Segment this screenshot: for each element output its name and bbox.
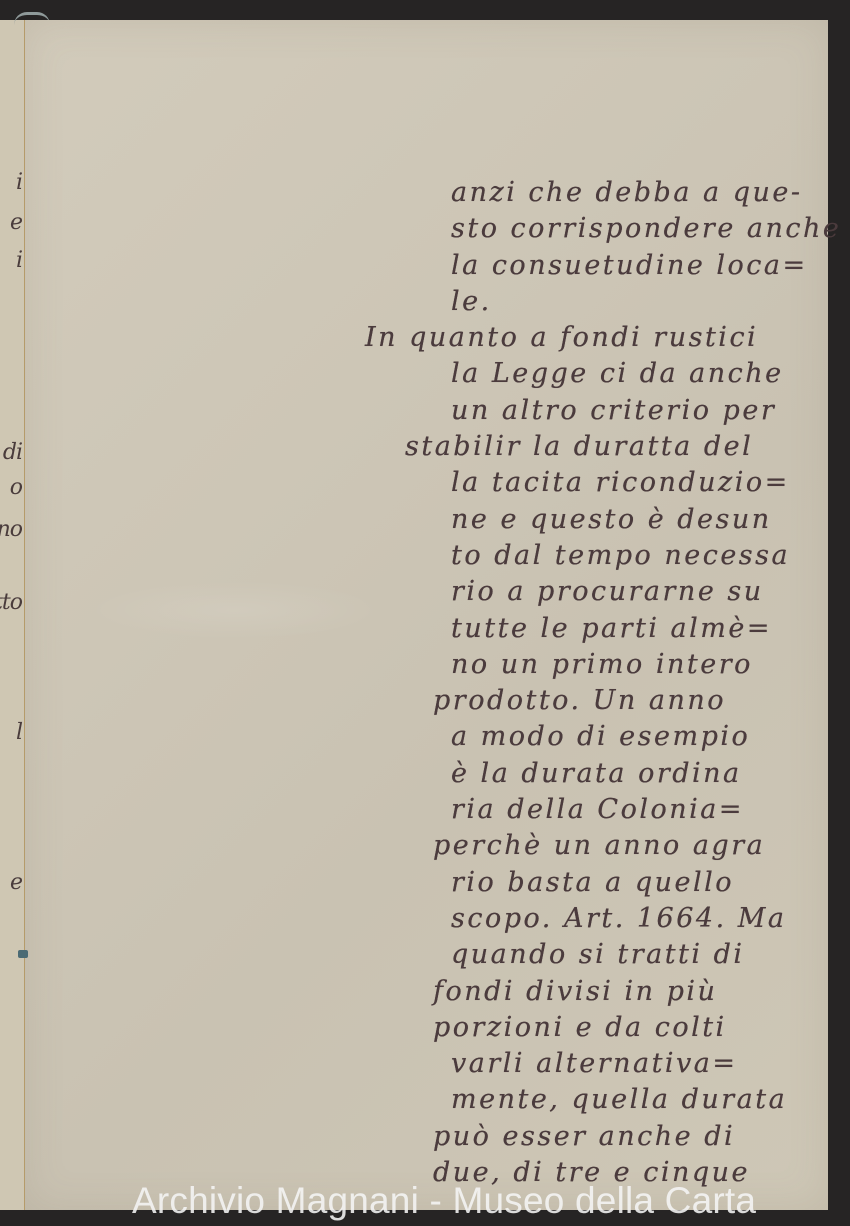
manuscript-line: può esser anche di — [365, 1119, 850, 1155]
manuscript-line: rio basta a quello — [365, 865, 850, 901]
manuscript-line: prodotto. Un anno — [365, 683, 850, 719]
manuscript-line: varli alternativa= — [365, 1046, 850, 1082]
manuscript-line: ne e questo è desun — [365, 502, 850, 538]
previous-page-text-fragment: l — [16, 720, 22, 745]
manuscript-line: le. — [365, 284, 850, 320]
previous-page-text-fragment: i — [16, 170, 22, 195]
previous-page-text-fragment: tto — [0, 590, 22, 615]
scan-background: ieidionottole anzi che debba a que-sto c… — [0, 0, 850, 1226]
manuscript-line: fondi divisi in più — [365, 974, 850, 1010]
manuscript-line: scopo. Art. 1664. Ma — [365, 901, 850, 937]
manuscript-line: anzi che debba a que- — [365, 175, 850, 211]
manuscript-line: a modo di esempio — [365, 719, 850, 755]
previous-page-edge: ieidionottole — [0, 20, 25, 1210]
manuscript-line: rio a procurarne su — [365, 574, 850, 610]
manuscript-line: no un primo intero — [365, 647, 850, 683]
previous-page-text-fragment: o — [10, 475, 22, 500]
manuscript-line: mente, quella durata — [365, 1082, 850, 1118]
manuscript-line: to dal tempo necessa — [365, 538, 850, 574]
handwritten-text-block: anzi che debba a que-sto corrispondere a… — [365, 175, 850, 1191]
metal-pin — [18, 950, 28, 958]
manuscript-line: un altro criterio per — [365, 393, 850, 429]
archive-watermark: Archivio Magnani - Museo della Carta — [132, 1180, 756, 1222]
previous-page-text-fragment: i — [16, 248, 22, 273]
manuscript-line: ria della Colonia= — [365, 792, 850, 828]
manuscript-page: anzi che debba a que-sto corrispondere a… — [25, 20, 828, 1210]
manuscript-line: tutte le parti almè= — [365, 611, 850, 647]
manuscript-line: stabilir la duratta del — [365, 429, 850, 465]
manuscript-line: porzioni e da colti — [365, 1010, 850, 1046]
manuscript-line: la consuetudine loca= — [365, 248, 850, 284]
manuscript-line: quando si tratti di — [365, 937, 850, 973]
manuscript-line: In quanto a fondi rustici — [365, 320, 850, 356]
manuscript-line: è la durata ordina — [365, 756, 850, 792]
manuscript-line: la Legge ci da anche — [365, 356, 850, 392]
manuscript-line: sto corrispondere anche — [365, 211, 850, 247]
previous-page-text-fragment: no — [0, 517, 22, 542]
previous-page-text-fragment: di — [3, 440, 22, 465]
paper-crease — [85, 580, 385, 640]
previous-page-text-fragment: e — [10, 210, 22, 235]
manuscript-line: la tacita riconduzio= — [365, 465, 850, 501]
manuscript-line: perchè un anno agra — [365, 828, 850, 864]
previous-page-text-fragment: e — [10, 870, 22, 895]
